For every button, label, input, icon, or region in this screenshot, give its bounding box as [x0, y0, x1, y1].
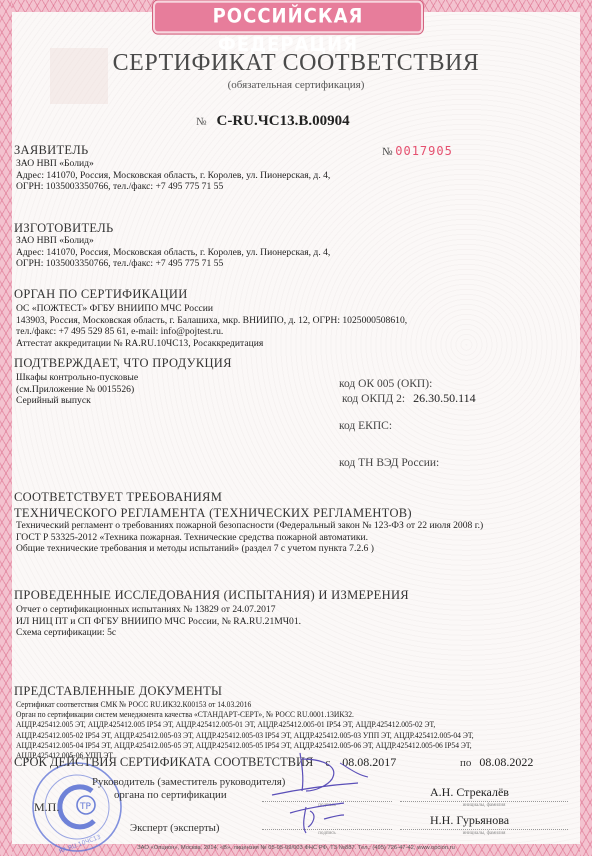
ornamental-border-left	[0, 0, 12, 856]
okp-code-label: код ОК 005 (ОКП):	[339, 378, 432, 390]
head-name-caption: инициалы, фамилия	[400, 803, 568, 808]
product-heading: ПОДТВЕРЖДАЕТ, ЧТО ПРОДУКЦИЯ	[14, 356, 232, 371]
requirement-line: Технический регламент о требованиях пожа…	[16, 520, 483, 532]
validity-to-date: 08.08.2022	[479, 755, 533, 769]
documents-list: Сертификат соответствия СМК № РОСС RU.ИК…	[16, 699, 474, 760]
manufacturer-name: ЗАО НВП «Болид»	[16, 235, 330, 247]
applicant-contacts: ОГРН: 1035003350766, тел./факс: +7 495 7…	[16, 181, 330, 193]
product-name: Шкафы контрольно-пусковые	[16, 372, 138, 384]
validity-end: по08.08.2022	[460, 755, 533, 770]
printer-info: ЗАО «Опцион», Москва, 2014, «В», лицензи…	[0, 845, 592, 851]
requirements-heading: СООТВЕТСТВУЕТ ТРЕБОВАНИЯМ	[14, 490, 222, 505]
product-appendix: (см.Приложение № 0015526)	[16, 384, 138, 396]
expert-signature-line	[262, 829, 392, 830]
svg-text:TP: TP	[79, 802, 91, 812]
number-sign: №	[196, 116, 207, 128]
tnved-code-label: код ТН ВЭД России:	[339, 457, 439, 469]
okpd2-code-label: код ОКПД 2:	[342, 393, 405, 405]
expert-name-caption: инициалы, фамилия	[400, 831, 568, 836]
head-name-line	[400, 801, 568, 802]
certification-body-contacts: тел./факс: +7 495 529 85 61, e-mail: inf…	[16, 326, 407, 338]
ornamental-border-right	[580, 0, 592, 856]
validity-from-date: 08.08.2017	[342, 755, 396, 769]
head-role: Руководитель (заместитель руководителя)	[92, 776, 285, 788]
head-name: А.Н. Стрекалёв	[430, 785, 509, 800]
document-line: АЦДР.425412.005-02 IP54 ЭТ, АЦДР.425412.…	[16, 730, 474, 740]
document-title: СЕРТИФИКАТ СООТВЕТСТВИЯ	[0, 50, 592, 77]
product-production-type: Серийный выпуск	[16, 395, 138, 407]
certification-body-name: ОС «ПОЖТЕСТ» ФГБУ ВНИИПО МЧС России	[16, 303, 407, 315]
validity-from-prefix: с	[325, 757, 330, 769]
expert-name-line	[400, 829, 568, 830]
documents-heading: ПРЕДСТАВЛЕННЫЕ ДОКУМЕНТЫ	[14, 684, 222, 699]
certification-body-address: 143903, Россия, Московская область, г. Б…	[16, 315, 407, 327]
manufacturer-details: ЗАО НВП «Болид» Адрес: 141070, Россия, М…	[16, 235, 330, 270]
document-line: АЦДР.425412.005-04 IP54 ЭТ, АЦДР.425412.…	[16, 740, 474, 750]
certificate-number: №C-RU.ЧС13.В.00904	[196, 113, 350, 130]
expert-signature-caption: подпись	[262, 831, 392, 836]
applicant-address: Адрес: 141070, Россия, Московская област…	[16, 170, 330, 182]
certification-scheme: Схема сертификации: 5с	[16, 627, 301, 639]
requirement-line: ГОСТ Р 53325-2012 «Техника пожарная. Тех…	[16, 532, 483, 544]
okpd2-code-value: 26.30.50.114	[413, 391, 476, 405]
applicant-details: ЗАО НВП «Болид» Адрес: 141070, Россия, М…	[16, 158, 330, 193]
technical-regulations-heading: ТЕХНИЧЕСКОГО РЕГЛАМЕНТА (ТЕХНИЧЕСКИХ РЕГ…	[14, 506, 412, 521]
test-report: Отчет о сертификационных испытаниях № 13…	[16, 604, 301, 616]
head-role-line-2: органа по сертификации	[114, 789, 227, 801]
blank-serial-number: № 0017905	[382, 144, 453, 158]
serial-value: 0017905	[395, 144, 453, 158]
accreditation-info: Аттестат аккредитации № RA.RU.10ЧС13, Ро…	[16, 338, 407, 350]
validity-label: СРОК ДЕЙСТВИЯ СЕРТИФИКАТА СООТВЕТСТВИЯ	[14, 755, 313, 769]
applicant-name: ЗАО НВП «Болид»	[16, 158, 330, 170]
validity-period: СРОК ДЕЙСТВИЯ СЕРТИФИКАТА СООТВЕТСТВИЯс0…	[14, 755, 396, 770]
certificate-number-value: C-RU.ЧС13.В.00904	[217, 113, 350, 129]
validity-to-prefix: по	[460, 757, 471, 769]
ekps-code-label: код ЕКПС:	[339, 420, 392, 432]
product-details: Шкафы контрольно-пусковые (см.Приложение…	[16, 372, 138, 407]
document-subtitle: (обязательная сертификация)	[0, 79, 592, 91]
manufacturer-contacts: ОГРН: 1035003350766, тел./факс: +7 495 7…	[16, 258, 330, 270]
expert-role: Эксперт (эксперты)	[130, 822, 220, 834]
expert-name: Н.Н. Гурьянова	[430, 813, 509, 828]
document-line: Орган по сертификации систем менеджмента…	[16, 709, 474, 719]
tests-details: Отчет о сертификационных испытаниях № 13…	[16, 604, 301, 639]
head-signature-caption: подпись	[262, 803, 392, 808]
manufacturer-heading: ИЗГОТОВИТЕЛЬ	[14, 221, 113, 236]
okpd2-code: код ОКПД 2:26.30.50.114	[342, 391, 476, 406]
requirement-line: Общие технические требования и методы ис…	[16, 543, 483, 555]
tests-heading: ПРОВЕДЕННЫЕ ИССЛЕДОВАНИЯ (ИСПЫТАНИЯ) И И…	[14, 588, 409, 603]
document-line: Сертификат соответствия СМК № РОСС RU.ИК…	[16, 699, 474, 709]
seal-label: М.П.	[34, 800, 59, 815]
applicant-heading: ЗАЯВИТЕЛЬ	[14, 143, 88, 158]
manufacturer-address: Адрес: 141070, Россия, Московская област…	[16, 247, 330, 259]
country-banner: РОССИЙСКАЯ ФЕДЕРАЦИЯ	[153, 1, 423, 34]
certification-body-details: ОС «ПОЖТЕСТ» ФГБУ ВНИИПО МЧС России 1439…	[16, 303, 407, 349]
head-signature-line	[262, 801, 392, 802]
document-line: АЦДР.425412.005 ЭТ, АЦДР.425412.005 IP54…	[16, 719, 474, 729]
serial-sign: №	[382, 146, 393, 158]
requirements-details: Технический регламент о требованиях пожа…	[16, 520, 483, 555]
test-laboratory: ИЛ НИЦ ПТ и СП ФГБУ ВНИИПО МЧС России, №…	[16, 616, 301, 628]
certification-body-heading: ОРГАН ПО СЕРТИФИКАЦИИ	[14, 287, 188, 302]
